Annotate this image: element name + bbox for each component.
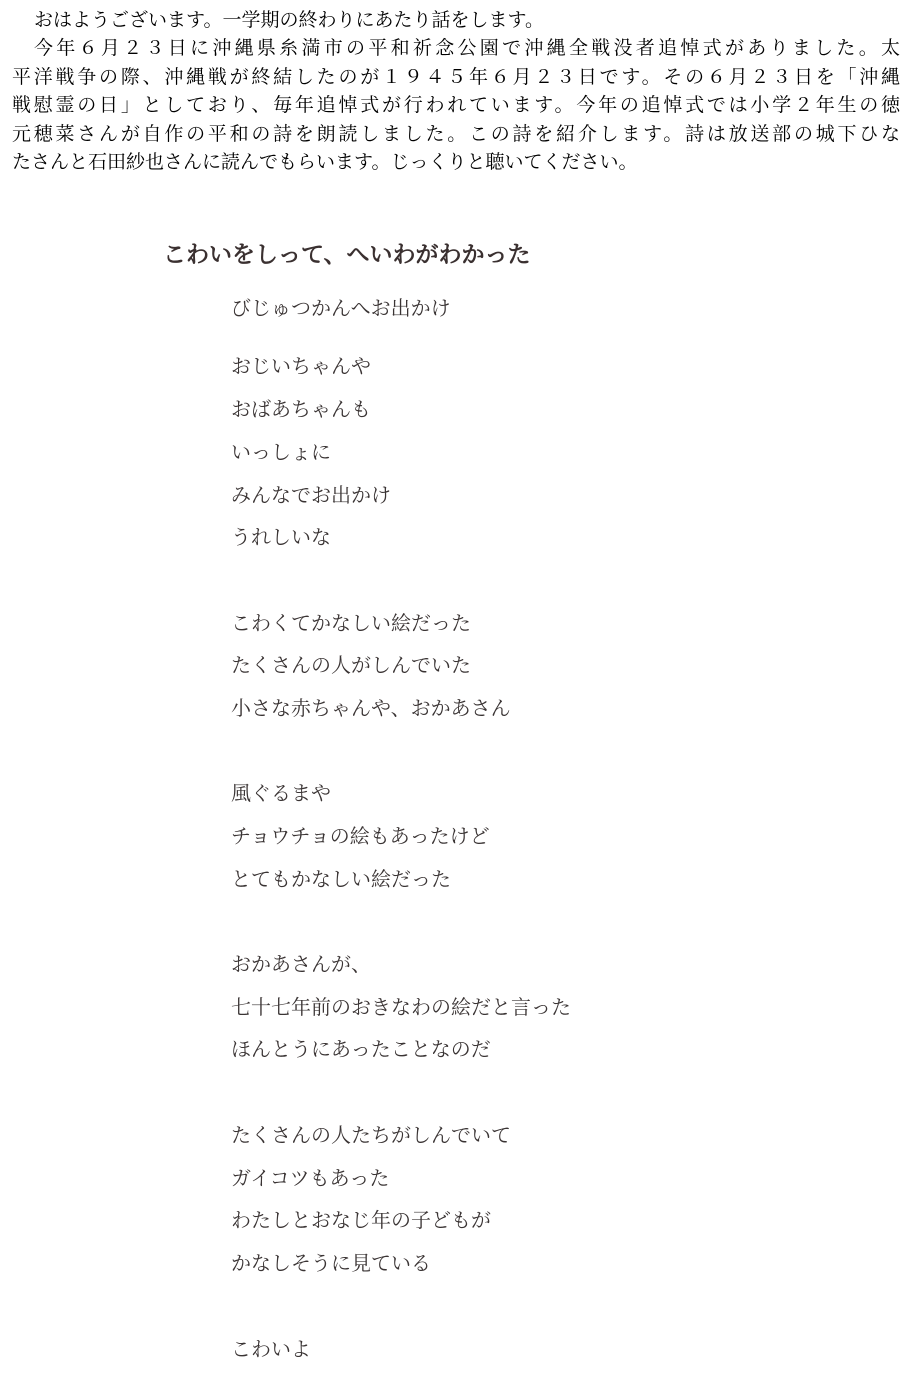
- poem-line: 風ぐるまや: [231, 778, 331, 808]
- poem-line: みんなでお出かけ: [231, 480, 391, 510]
- intro-line: 今年６月２３日に沖縄県糸満市の平和祈念公園で沖縄全戦没者追悼式がありました。太: [12, 34, 900, 62]
- poem-line: おばあちゃんも: [231, 394, 371, 424]
- intro-line: 平洋戦争の際、沖縄戦が終結したのが１９４５年６月２３日です。その６月２３日を「沖…: [12, 63, 900, 91]
- poem-line: こわいよ: [231, 1334, 311, 1364]
- poem-line: とてもかなしい絵だった: [231, 864, 451, 894]
- intro-line: たさんと石田紗也さんに読んでもらいます。じっくりと聴いてください。: [12, 148, 900, 176]
- poem-line: ほんとうにあったことなのだ: [231, 1034, 491, 1064]
- intro-paragraph: おはようございます。一学期の終わりにあたり話をします。 今年６月２３日に沖縄県糸…: [12, 6, 900, 176]
- poem-line: ガイコツもあった: [231, 1163, 389, 1193]
- poem-line: わたしとおなじ年の子どもが: [231, 1205, 491, 1235]
- poem-line: かなしそうに見ている: [231, 1248, 431, 1278]
- poem-title: こわいをしって、へいわがわかった: [163, 236, 531, 269]
- poem-line: おかあさんが、: [231, 949, 371, 979]
- poem-line: いっしょに: [231, 437, 331, 467]
- intro-line: 元穂菜さんが自作の平和の詩を朗読しました。この詩を紹介します。詩は放送部の城下ひ…: [12, 120, 900, 148]
- intro-line: おはようございます。一学期の終わりにあたり話をします。: [12, 6, 900, 34]
- poem-line: 小さな赤ちゃんや、おかあさん: [231, 693, 511, 723]
- intro-line: 戦慰霊の日」としており、毎年追悼式が行われています。今年の追悼式では小学２年生の…: [12, 91, 900, 119]
- poem-line: 七十七年前のおきなわの絵だと言った: [231, 992, 571, 1022]
- poem-line: チョウチョの絵もあったけど: [231, 821, 490, 851]
- poem-line: こわくてかなしい絵だった: [231, 608, 471, 638]
- poem-line: びじゅつかんへお出かけ: [231, 293, 451, 323]
- poem-line: うれしいな: [231, 522, 331, 552]
- poem-line: たくさんの人がしんでいた: [231, 650, 471, 680]
- poem-line: おじいちゃんや: [231, 351, 371, 381]
- poem-line: たくさんの人たちがしんでいて: [231, 1120, 511, 1150]
